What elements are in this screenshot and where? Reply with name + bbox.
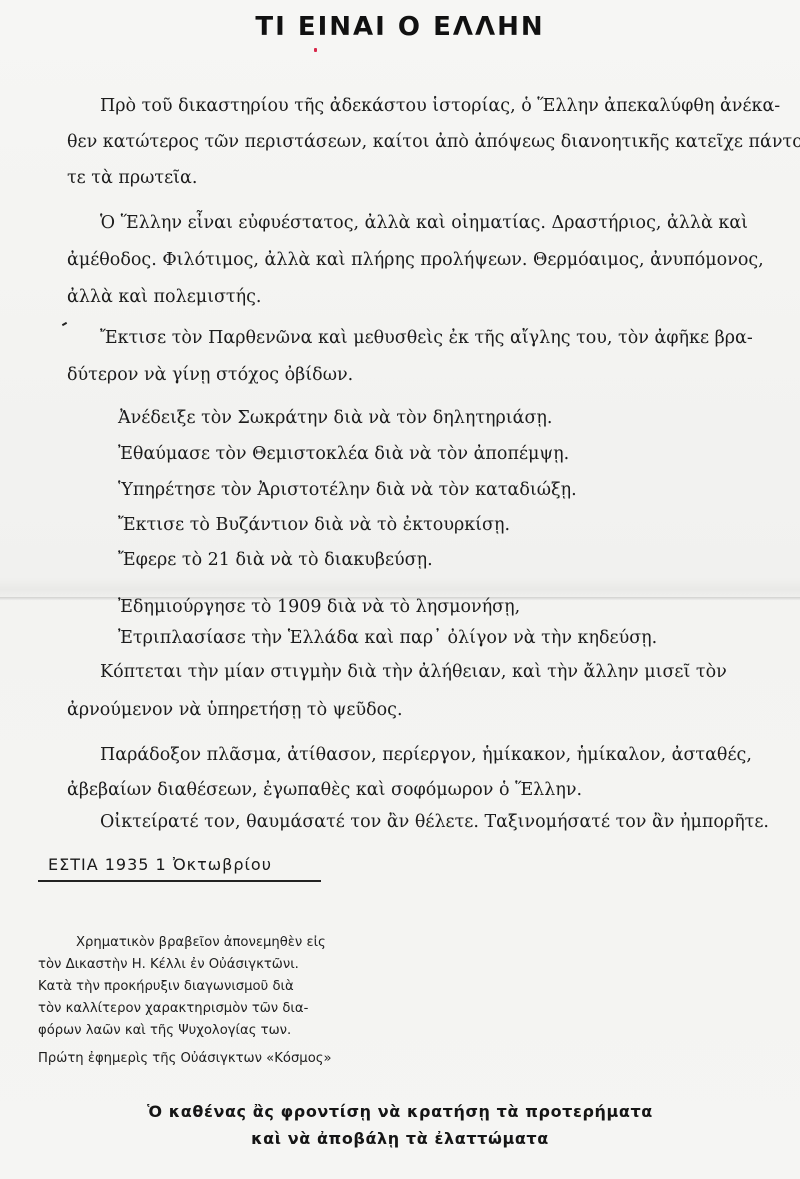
paragraph-1-line-2: θεν κατώτερος τῶν περιστάσεων, καίτοι ἀπ… <box>67 132 800 152</box>
page-title: ΤΙ ΕΙΝΑΙ Ο ΕΛΛΗΝ <box>0 12 800 42</box>
note-line-2: τὸν Δικαστὴν Η. Κέλλι ἐν Οὐάσιγκτῶνι. <box>38 954 418 976</box>
source-header-text: ΕΣΤΙΑ 1935 1 Ὀκτωβρίου <box>48 855 272 874</box>
litany-line-7: Ἐτριπλασίασε τὴν Ἑλλάδα καὶ παρ᾽ ὀλίγον … <box>118 628 657 648</box>
paragraph-1-line-3: τε τὰ πρωτεῖα. <box>67 168 197 188</box>
litany-line-6: Ἐδημιούργησε τὸ 1909 διὰ νὰ τὸ λησμονήσῃ… <box>118 597 520 617</box>
award-note: Χρηματικὸν βραβεῖον ἀπονεμηθὲν εἰς τὸν Δ… <box>38 932 418 1070</box>
paragraph-5-line-1: Παράδοξον πλᾶσμα, ἀτίθασον, περίεργον, ἡ… <box>100 745 752 765</box>
note-line-1: Χρηματικὸν βραβεῖον ἀπονεμηθὲν εἰς <box>38 932 418 954</box>
litany-line-3: Ὑπηρέτησε τὸν Ἀριστοτέλην διὰ νὰ τὸν κατ… <box>118 480 577 500</box>
litany-line-2: Ἐθαύμασε τὸν Θεμιστοκλέα διὰ νὰ τὸν ἀποπ… <box>118 444 569 464</box>
paragraph-4-line-2: ἀρνούμενον νὰ ὑπηρετήσῃ τὸ ψεῦδος. <box>67 700 403 720</box>
paragraph-3-line-2: δύτερον νὰ γίνῃ στόχος ὀβίδων. <box>67 365 353 385</box>
litany-line-5: Ἔφερε τὸ 21 διὰ νὰ τὸ διακυβεύσῃ. <box>118 550 433 570</box>
paragraph-2-line-3: ἀλλὰ καὶ πολεμιστής. <box>67 287 261 307</box>
closing-maxim-line-2: καὶ νὰ ἀποβάλῃ τὰ ἐλαττώματα <box>0 1125 800 1152</box>
paragraph-4-line-1: Κόπτεται τὴν μίαν στιγμὴν διὰ τὴν ἀλήθει… <box>100 662 727 682</box>
closing-maxim: Ὁ καθένας ἂς φροντίσῃ νὰ κρατήσῃ τὰ προτ… <box>0 1098 800 1152</box>
paragraph-5-line-2: ἀβεβαίων διαθέσεων, ἐγωπαθὲς καὶ σοφόμωρ… <box>67 780 582 800</box>
paragraph-2-line-1: Ὁ Ἕλλην εἶναι εὐφυέστατος, ἀλλὰ καὶ οἰημ… <box>100 213 748 233</box>
litany-line-4: Ἔκτισε τὸ Βυζάντιον διὰ νὰ τὸ ἐκτουρκίσῃ… <box>118 515 510 535</box>
note-line-4: τὸν καλλίτερον χαρακτηρισμὸν τῶν δια- <box>38 998 418 1020</box>
paragraph-1-line-1: Πρὸ τοῦ δικαστηρίου τῆς ἀδεκάστου ἱστορί… <box>100 96 780 116</box>
note-attribution: Πρώτη ἐφημερὶς τῆς Οὐάσιγκτων «Κόσμος» <box>38 1048 418 1070</box>
source-header: ΕΣΤΙΑ 1935 1 Ὀκτωβρίου <box>38 855 321 882</box>
closing-maxim-line-1: Ὁ καθένας ἂς φροντίσῃ νὰ κρατήσῃ τὰ προτ… <box>0 1098 800 1125</box>
litany-line-1: Ἀνέδειξε τὸν Σωκράτην διὰ νὰ τὸν δηλητηρ… <box>118 408 552 428</box>
paragraph-6-line-1: Οἰκτείρατέ τον, θαυμάσατέ τον ἂν θέλετε.… <box>100 812 769 832</box>
ink-mark <box>314 48 317 52</box>
note-line-3: Κατὰ τὴν προκήρυξιν διαγωνισμοῦ διὰ <box>38 976 418 998</box>
note-line-5: φόρων λαῶν καὶ τῆς Ψυχολογίας των. <box>38 1020 418 1042</box>
paragraph-3-line-1: Ἔκτισε τὸν Παρθενῶνα καὶ μεθυσθεὶς ἐκ τῆ… <box>100 328 753 348</box>
paragraph-2-line-2: ἀμέθοδος. Φιλότιμος, ἀλλὰ καὶ πλήρης προ… <box>67 250 764 270</box>
